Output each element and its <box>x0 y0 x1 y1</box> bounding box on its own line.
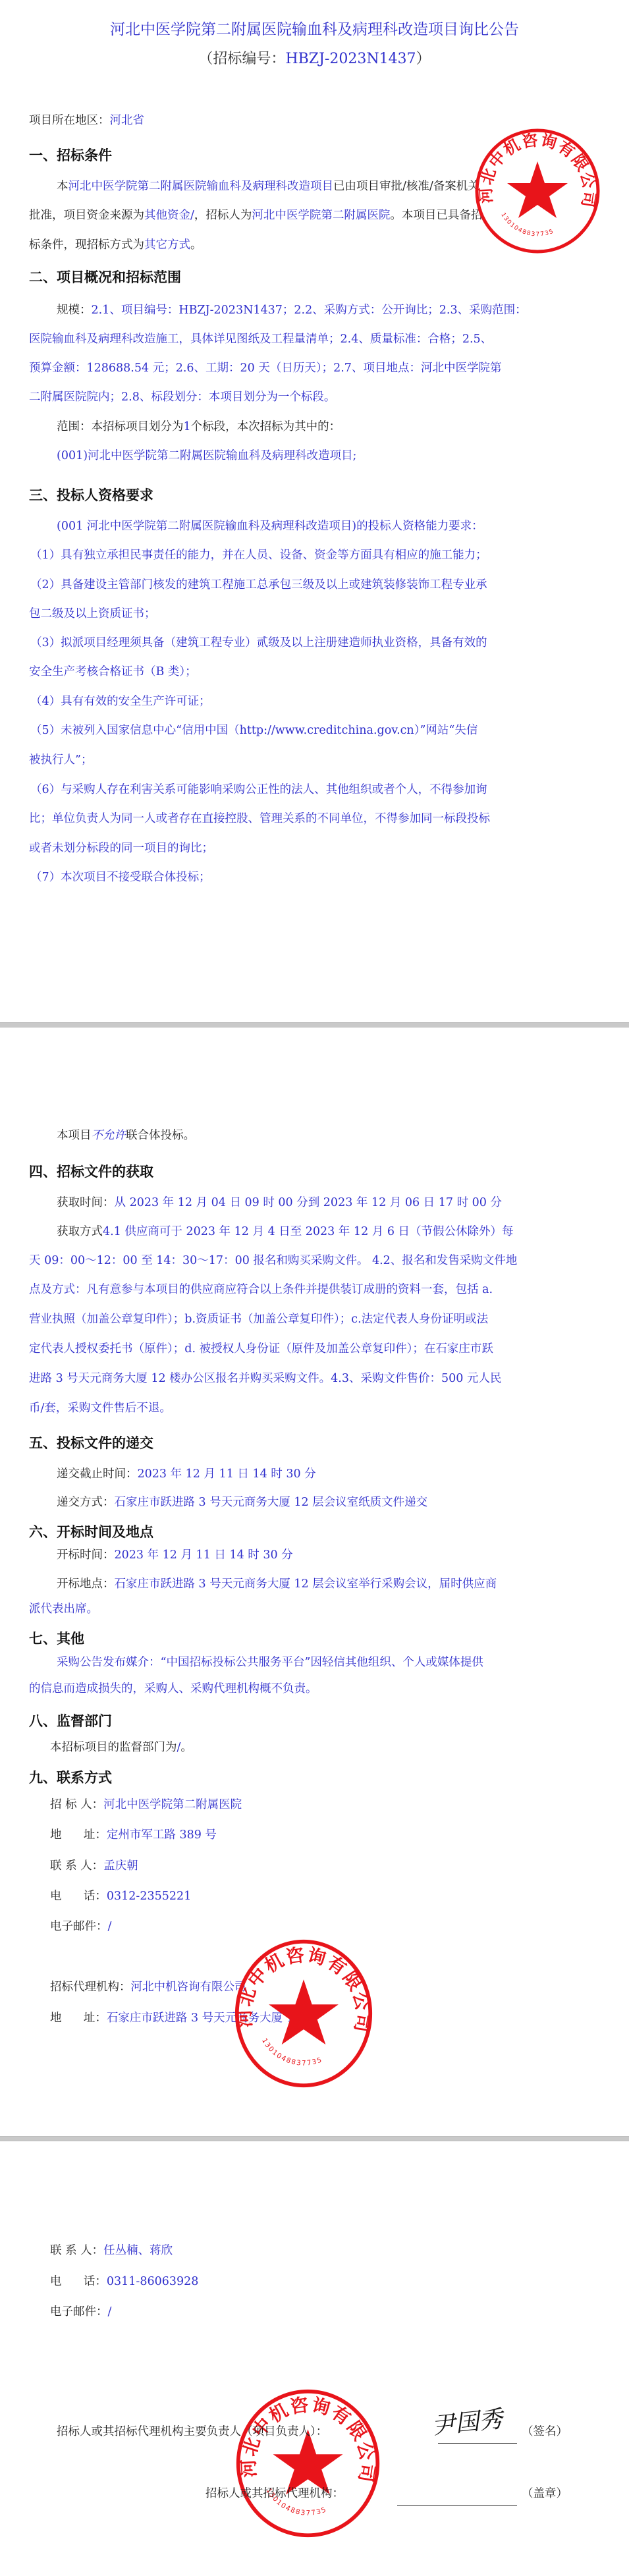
lot-line: (001)河北中医学院第二附属医院输血科及病理科改造项目; <box>57 451 356 462</box>
seal-suffix: （盖章） <box>522 2488 568 2500</box>
heading-bid-opening: 六、开标时间及地点 <box>29 1521 153 1541</box>
scale-line-2: 医院输血科及病理科改造施工，具体详见图纸及工程量清单；2.4、质量标准：合格；2… <box>29 334 492 346</box>
tenderer-contact: 联 系 人：孟庆朝 <box>50 1861 138 1873</box>
seal-line <box>397 2505 517 2506</box>
page-divider <box>0 2136 629 2141</box>
sign-suffix: （签名） <box>522 2426 568 2438</box>
signatory-label: 招标人或其招标代理机构主要负责人（项目负责人）： <box>57 2426 327 2438</box>
heading-supervision: 八、监督部门 <box>29 1711 112 1730</box>
scale-line-4: 二附属医院院内；2.8、标段划分：本项目划分为一个标段。 <box>29 392 335 404</box>
tenderer-address: 地 址：定州市军工路 389 号 <box>50 1830 217 1842</box>
obtain-method-line: 进路 3 号天元商务大厦 12 楼办公区报名并购买采购文件。4.3、采购文件售价… <box>29 1373 501 1385</box>
agency-contact: 联 系 人：任丛楠、蒋欣 <box>50 2245 173 2257</box>
handwritten-signature: 尹国秀 <box>430 2400 505 2441</box>
conditions-line-3: 标条件，现招标方式为其它方式。 <box>29 240 202 252</box>
company-seal-icon: 河北中机咨询有限公司 1301048837735 <box>231 2388 385 2539</box>
heading-submission: 五、投标文件的递交 <box>29 1433 153 1452</box>
qualification-line: （1）具有独立承担民事责任的能力，并在人员、设备、资金等方面具有相应的施工能力； <box>30 550 487 562</box>
obtain-method-line: 营业执照（加盖公章复印件）；b.资质证书（加盖公章复印件）；c.法定代表人身份证… <box>29 1314 488 1326</box>
qualification-line: （6）与采购人存在利害关系可能影响采购公正性的法人、其他组织或者个人，不得参加询 <box>30 784 487 796</box>
qualification-line: （2）具备建设主管部门核发的建筑工程施工总承包三级及以上或建筑装修装饰工程专业承 <box>30 580 487 591</box>
seal-number: 1301048837735 <box>499 211 555 238</box>
tenderer-phone: 电 话：0312-2355221 <box>50 1891 191 1903</box>
qualification-line: 或者未划分标段的同一项目的询比； <box>29 843 213 855</box>
bid-number: （招标编号：HBZJ-2023N1437） <box>0 47 629 68</box>
company-seal-icon: 河北中机咨询有限公司 1301048837735 <box>228 1938 379 2089</box>
heading-bidder-qualifications: 三、投标人资格要求 <box>29 485 153 505</box>
svg-text:1301048837735: 1301048837735 <box>260 2037 324 2068</box>
heading-contact: 九、联系方式 <box>29 1767 112 1787</box>
signature-line <box>438 2443 517 2444</box>
bid-opening-place-cont: 派代表出席。 <box>29 1604 98 1616</box>
page-divider <box>0 1022 629 1028</box>
company-seal-icon: 河北中机咨询有限公司 1301048837735 <box>472 125 603 257</box>
obtain-method-line: 定代表人授权委托书（原件）；d. 被授权人身份证（原件及加盖公章复印件）；在石家… <box>29 1344 493 1356</box>
qualification-line: 比；单位负责人为同一人或者存在直接控股、管理关系的不同单位，不得参加同一标段投标 <box>29 813 490 825</box>
project-region: 项目所在地区：河北省 <box>29 115 144 127</box>
qualification-line: 安全生产考核合格证书（B 类）； <box>29 667 197 678</box>
scale-line-1: 规模：2.1、项目编号：HBZJ-2023N1437；2.2、采购方式：公开询比… <box>57 305 527 317</box>
qualification-line: （5）未被列入国家信息中心“信用中国（http://www.creditchin… <box>30 725 478 737</box>
qualification-intro: (001 河北中医学院第二附属医院输血科及病理科改造项目)的投标人资格能力要求： <box>57 521 483 533</box>
heading-tender-conditions: 一、招标条件 <box>29 145 112 165</box>
obtain-method-line: 天 09：00～12：00 至 14：30～17：00 报名和购买采购文件。 4… <box>29 1255 517 1267</box>
qualification-line: 包二级及以上资质证书； <box>29 609 156 620</box>
tenderer-name: 招 标 人：河北中医学院第二附属医院 <box>50 1799 242 1811</box>
conditions-line-1: 本河北中医学院第二附属医院输血科及病理科改造项目已由项目审批/核准/备案机关 <box>57 181 479 193</box>
scope-line: 范围：本招标项目划分为1个标段，本次招标为其中的： <box>57 422 341 433</box>
qualification-line: （7）本次项目不接受联合体投标； <box>30 872 211 884</box>
obtain-time: 获取时间：从 2023 年 12 月 04 日 09 时 00 分到 2023 … <box>57 1197 502 1209</box>
heading-obtain-documents: 四、招标文件的获取 <box>29 1161 153 1181</box>
agency-phone: 电 话：0311-86063928 <box>50 2276 198 2288</box>
heading-project-overview: 二、项目概况和招标范围 <box>29 267 181 287</box>
agency-name: 招标代理机构：河北中机咨询有限公司 <box>50 1982 246 1994</box>
obtain-method-line: 点及方式：凡有意参与本项目的供应商应符合以上条件并提供装订成册的资料一套，包括 … <box>29 1284 493 1296</box>
bid-opening-place: 开标地点：石家庄市跃进路 3 号天元商务大厦 12 层会议室举行采购会议，届时供… <box>57 1579 497 1591</box>
supervision-line: 本招标项目的监督部门为/。 <box>50 1742 192 1754</box>
bid-number-value: HBZJ-2023N1437 <box>285 51 416 67</box>
qualification-line: （3）拟派项目经理须具备（建筑工程专业）贰级及以上注册建造师执业资格，具备有效的 <box>30 638 487 649</box>
scale-line-3: 预算金额：128688.54 元；2.6、工期：20 天（日历天）；2.7、项目… <box>29 363 501 375</box>
agency-email: 电子邮件：/ <box>50 2307 111 2318</box>
svg-text:1301048837735: 1301048837735 <box>499 211 555 238</box>
conditions-line-2: 批准，项目资金来源为其他资金/，招标人为河北中医学院第二附属医院。本项目已具备招 <box>29 210 482 222</box>
bid-opening-time: 开标时间：2023 年 12 月 11 日 14 时 30 分 <box>57 1550 293 1562</box>
tenderer-email: 电子邮件：/ <box>50 1921 111 1933</box>
heading-other: 七、其他 <box>29 1628 84 1648</box>
obtain-method-line: 获取方式4.1 供应商可于 2023 年 12 月 4 日至 2023 年 12… <box>57 1226 514 1238</box>
qualification-line: 被执行人”； <box>29 755 92 767</box>
other-line: 采购公告发布媒介：“中国招标投标公共服务平台”因轻信其他组织、个人或媒体提供 <box>57 1657 483 1669</box>
submission-deadline: 递交截止时间：2023 年 12 月 11 日 14 时 30 分 <box>57 1469 316 1481</box>
other-line: 的信息而造成损失的，采购人、采购代理机构概不负责。 <box>29 1684 317 1695</box>
seal-field-label: 招标人或其招标代理机构： <box>205 2488 344 2500</box>
qualification-line: （4）具有有效的安全生产许可证； <box>30 696 211 708</box>
page-title: 河北中医学院第二附属医院输血科及病理科改造项目询比公告 <box>0 17 629 39</box>
seal-number: 1301048837735 <box>260 2037 324 2068</box>
submission-method: 递交方式：石家庄市跃进路 3 号天元商务大厦 12 层会议室纸质文件递交 <box>57 1497 427 1509</box>
obtain-method-line: 币/套，采购文件售后不退。 <box>29 1403 171 1415</box>
consortium-note: 本项目不允许联合体投标。 <box>57 1130 195 1142</box>
